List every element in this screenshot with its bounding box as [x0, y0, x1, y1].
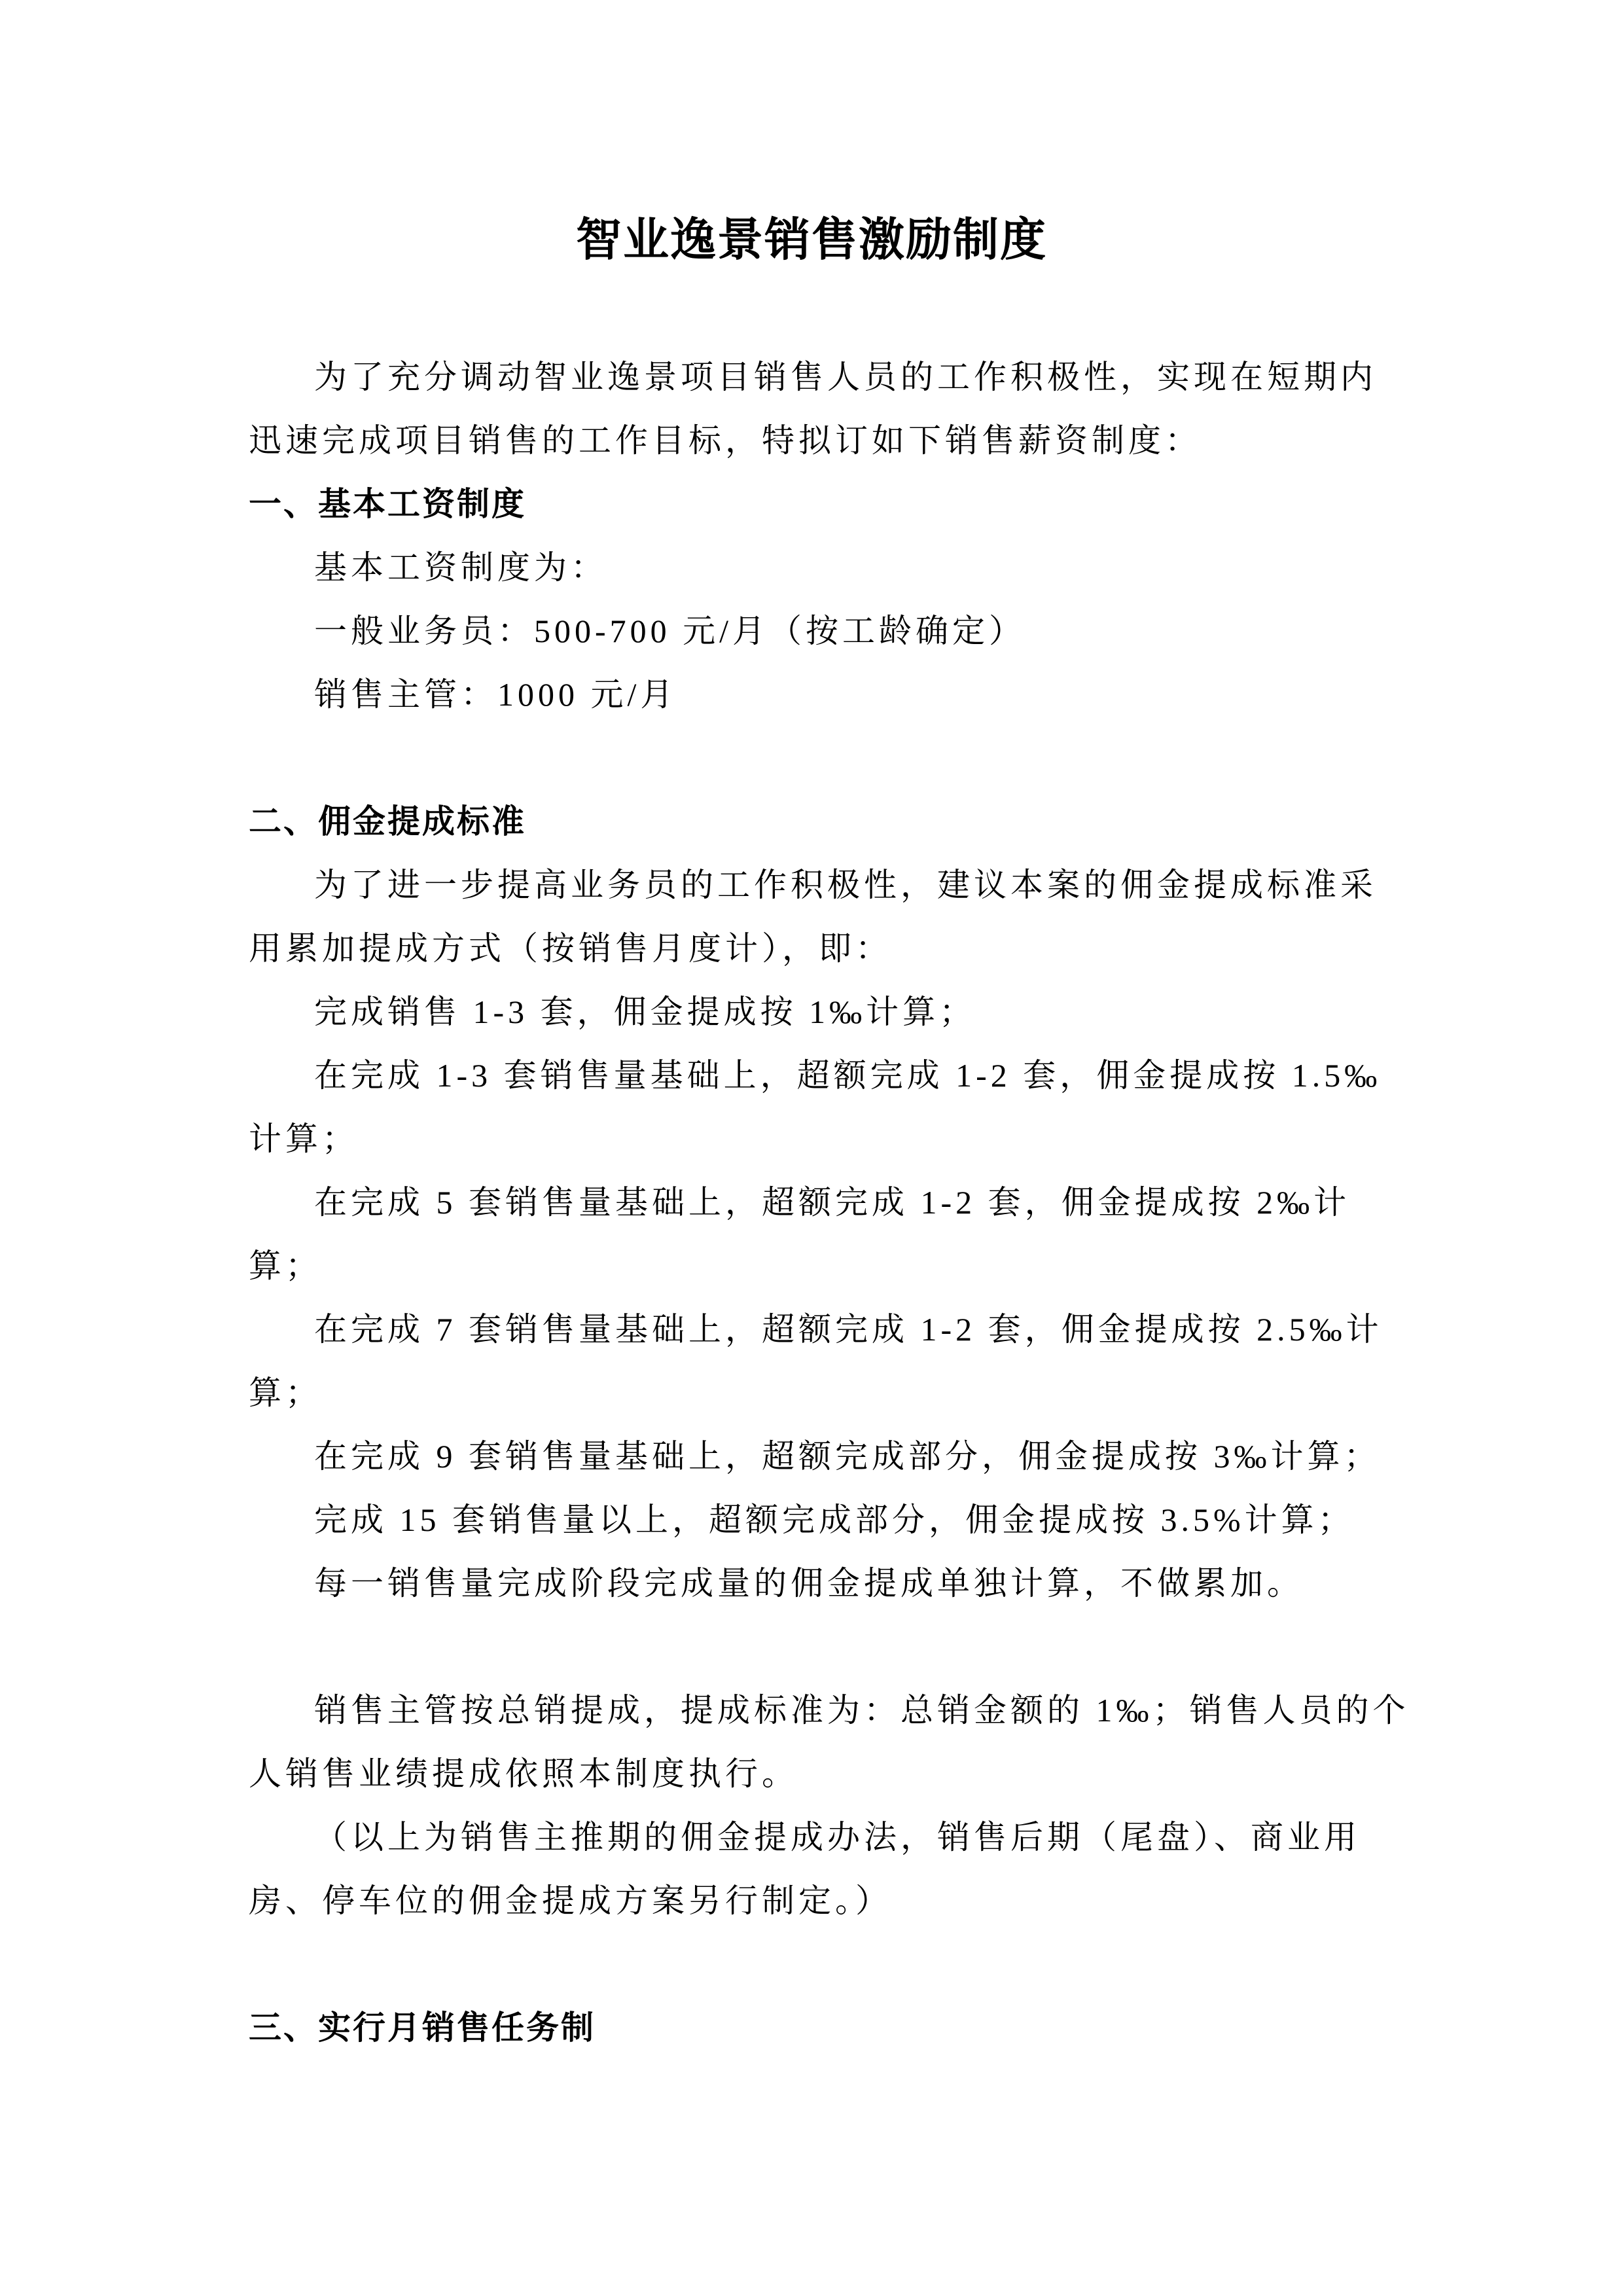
document-body: 为了充分调动智业逸景项目销售人员的工作积极性，实现在短期内迅速完成项目销售的工作…: [249, 346, 1374, 2060]
document-line: 在完成 9 套销售量基础上，超额完成部分，佣金提成按 3‰计算；: [249, 1425, 1374, 1488]
document-line: 迅速完成项目销售的工作目标，特拟订如下销售薪资制度：: [249, 409, 1374, 473]
document-line: （以上为销售主推期的佣金提成办法，销售后期（尾盘）、商业用: [249, 1806, 1374, 1869]
document-line: 在完成 1-3 套销售量基础上，超额完成 1-2 套，佣金提成按 1.5‰: [249, 1044, 1374, 1107]
document-line: 为了进一步提高业务员的工作积极性，建议本案的佣金提成标准采: [249, 853, 1374, 917]
document-line: 计算；: [249, 1107, 1374, 1171]
blank-line: [249, 1615, 1374, 1679]
document-line: 为了充分调动智业逸景项目销售人员的工作积极性，实现在短期内: [249, 346, 1374, 409]
document-title: 智业逸景销售激励制度: [249, 207, 1374, 272]
title-gap: [249, 272, 1374, 346]
document-page: 智业逸景销售激励制度 为了充分调动智业逸景项目销售人员的工作积极性，实现在短期内…: [0, 0, 1623, 2296]
document-line: 人销售业绩提成依照本制度执行。: [249, 1742, 1374, 1806]
document-line: 算；: [249, 1234, 1374, 1298]
document-line: 销售主管：1000 元/月: [249, 663, 1374, 726]
document-line: 销售主管按总销提成，提成标准为：总销金额的 1‰；销售人员的个: [249, 1679, 1374, 1742]
document-line: 完成销售 1-3 套，佣金提成按 1‰计算；: [249, 980, 1374, 1044]
document-line: 基本工资制度为：: [249, 536, 1374, 600]
document-line: 算；: [249, 1361, 1374, 1425]
document-line: 一般业务员：500-700 元/月（按工龄确定）: [249, 600, 1374, 663]
section-heading: 二、佣金提成标准: [249, 790, 1374, 853]
document-line: 每一销售量完成阶段完成量的佣金提成单独计算，不做累加。: [249, 1552, 1374, 1615]
document-line: 完成 15 套销售量以上，超额完成部分，佣金提成按 3.5%计算；: [249, 1488, 1374, 1552]
document-line: 房、停车位的佣金提成方案另行制定。）: [249, 1869, 1374, 1933]
document-line: 在完成 5 套销售量基础上，超额完成 1-2 套，佣金提成按 2‰计: [249, 1171, 1374, 1234]
section-heading: 一、基本工资制度: [249, 473, 1374, 536]
blank-line: [249, 1933, 1374, 1996]
document-line: 在完成 7 套销售量基础上，超额完成 1-2 套，佣金提成按 2.5‰计: [249, 1298, 1374, 1361]
document-line: 用累加提成方式（按销售月度计），即：: [249, 917, 1374, 980]
section-heading: 三、实行月销售任务制: [249, 1996, 1374, 2060]
blank-line: [249, 726, 1374, 790]
